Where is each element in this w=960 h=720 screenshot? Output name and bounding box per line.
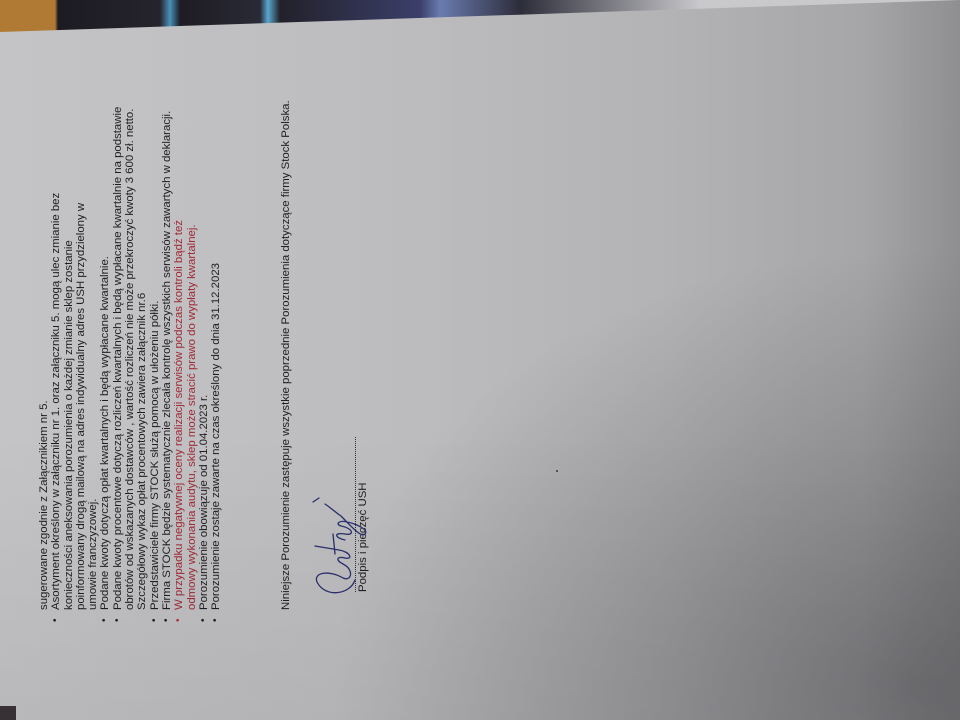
list-item: •Przedstawiciele firmy STOCK służą pomoc… [149,50,161,610]
bullet-icon: • [161,618,173,622]
bullet-list: •Asortyment określony w załączniku nr 1.… [50,50,222,610]
list-item-line: odmowy wykonania audytu, sklep może stra… [186,50,198,610]
list-item-line: Porozumienie zostaje zawarte na czas okr… [210,50,222,610]
list-item: •Firma STOCK będzie systematycznie zleca… [161,50,173,610]
bullet-icon: • [50,618,62,622]
list-item: •Asortyment określony w załączniku nr 1.… [50,50,99,610]
list-item-line: konieczności aneksowania porozumienia o … [63,50,75,610]
list-item-line: Firma STOCK będzie systematycznie zlecał… [161,50,173,610]
list-item-line: Podane kwoty procentowe dotyczą rozlicze… [112,50,124,610]
document-body: sugerowane zgodnie z Załącznikiem nr 5. … [38,50,405,610]
list-item: •Podane kwoty dotyczą opłat kwartalnych … [99,50,111,610]
bullet-icon: • [112,618,124,622]
bullet-icon: • [99,618,111,622]
list-item-line: Porozumienie obowiązuje od 01.04.2023 r. [198,50,210,610]
bullet-icon: • [173,618,185,622]
list-item-line: W przypadku negatywnej oceny realizacji … [173,50,185,610]
bullet-icon: • [149,618,161,622]
list-item-line: Przedstawiciele firmy STOCK służą pomocą… [149,50,161,610]
list-item-line: Podane kwoty dotyczą opłat kwartalnych i… [99,50,111,610]
list-item: •Porozumienie obowiązuje od 01.04.2023 r… [198,50,210,610]
bullet-icon: • [198,618,210,622]
intro-line: sugerowane zgodnie z Załącznikiem nr 5. [38,50,50,610]
list-item-line: Szczegółowy wykaz opłat procentowych zaw… [136,50,148,610]
signature-block: Podpis i pieczęć USH [345,50,405,610]
list-item: •W przypadku negatywnej oceny realizacji… [173,50,198,610]
handwritten-signature [295,490,370,600]
document-page: sugerowane zgodnie z Załącznikiem nr 5. … [0,0,960,720]
list-item-line: Asortyment określony w załączniku nr 1. … [50,50,62,610]
list-item-line: poinformowany drogą mailową na adres ind… [75,50,87,610]
closing-statement: Niniejsze Porozumienie zastępuje wszystk… [280,50,292,610]
list-item: •Podane kwoty procentowe dotyczą rozlicz… [112,50,149,610]
list-item-line: umowie franczyzowej. [87,50,99,610]
bullet-icon: • [210,618,222,622]
list-item-line: obrotów od wskazanych dostawców , wartoś… [124,50,136,610]
paper-speck [556,470,558,472]
list-item: •Porozumienie zostaje zawarte na czas ok… [210,50,222,610]
